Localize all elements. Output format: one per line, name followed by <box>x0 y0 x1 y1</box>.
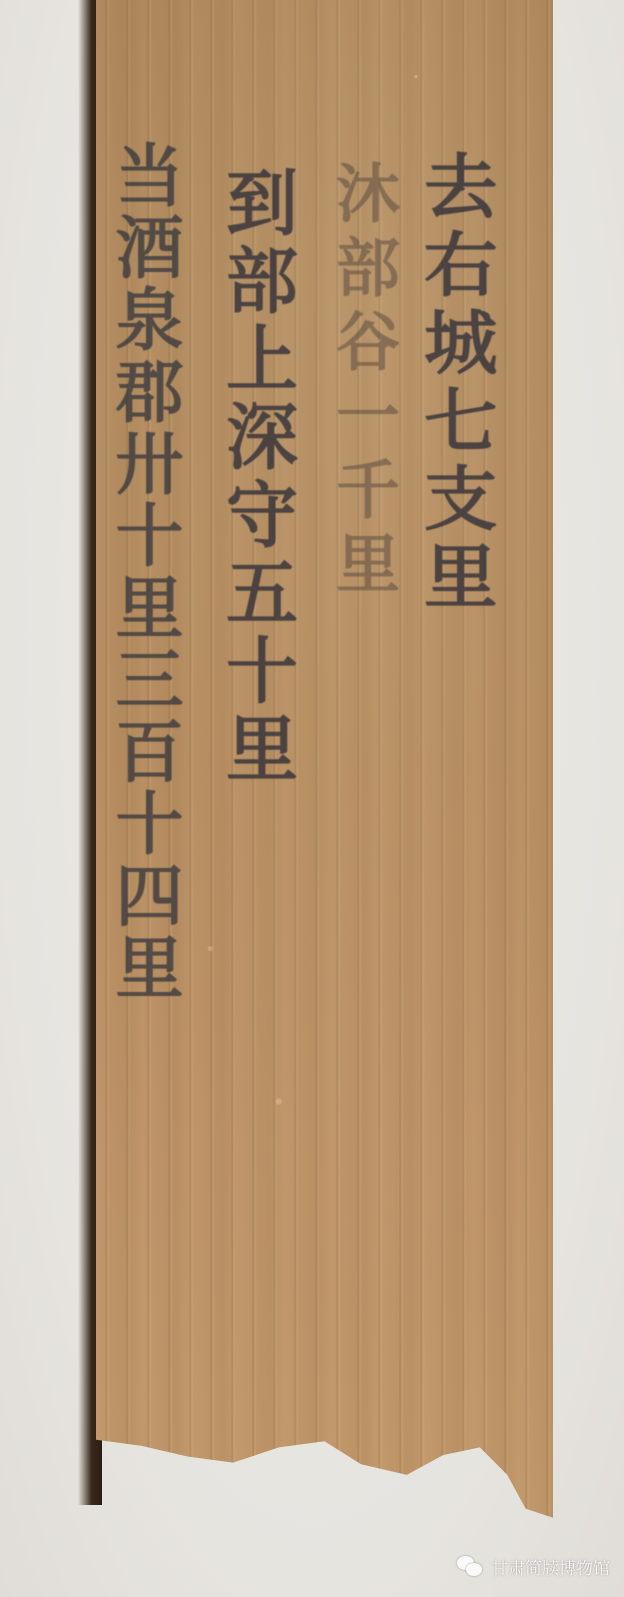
watermark-label: 甘肃简牍博物馆 <box>491 1554 610 1579</box>
wechat-icon <box>457 1556 483 1578</box>
watermark: 甘肃简牍博物馆 <box>457 1554 610 1579</box>
inscription-column-4: 当酒泉郡卅十里三百十四里 <box>110 140 178 1004</box>
inscription-column-1: 去右城七支里 <box>418 150 492 618</box>
inscription-column-3: 到部上深守五十里 <box>220 165 292 789</box>
inscription-column-2: 沐部谷一千里 <box>330 160 394 604</box>
